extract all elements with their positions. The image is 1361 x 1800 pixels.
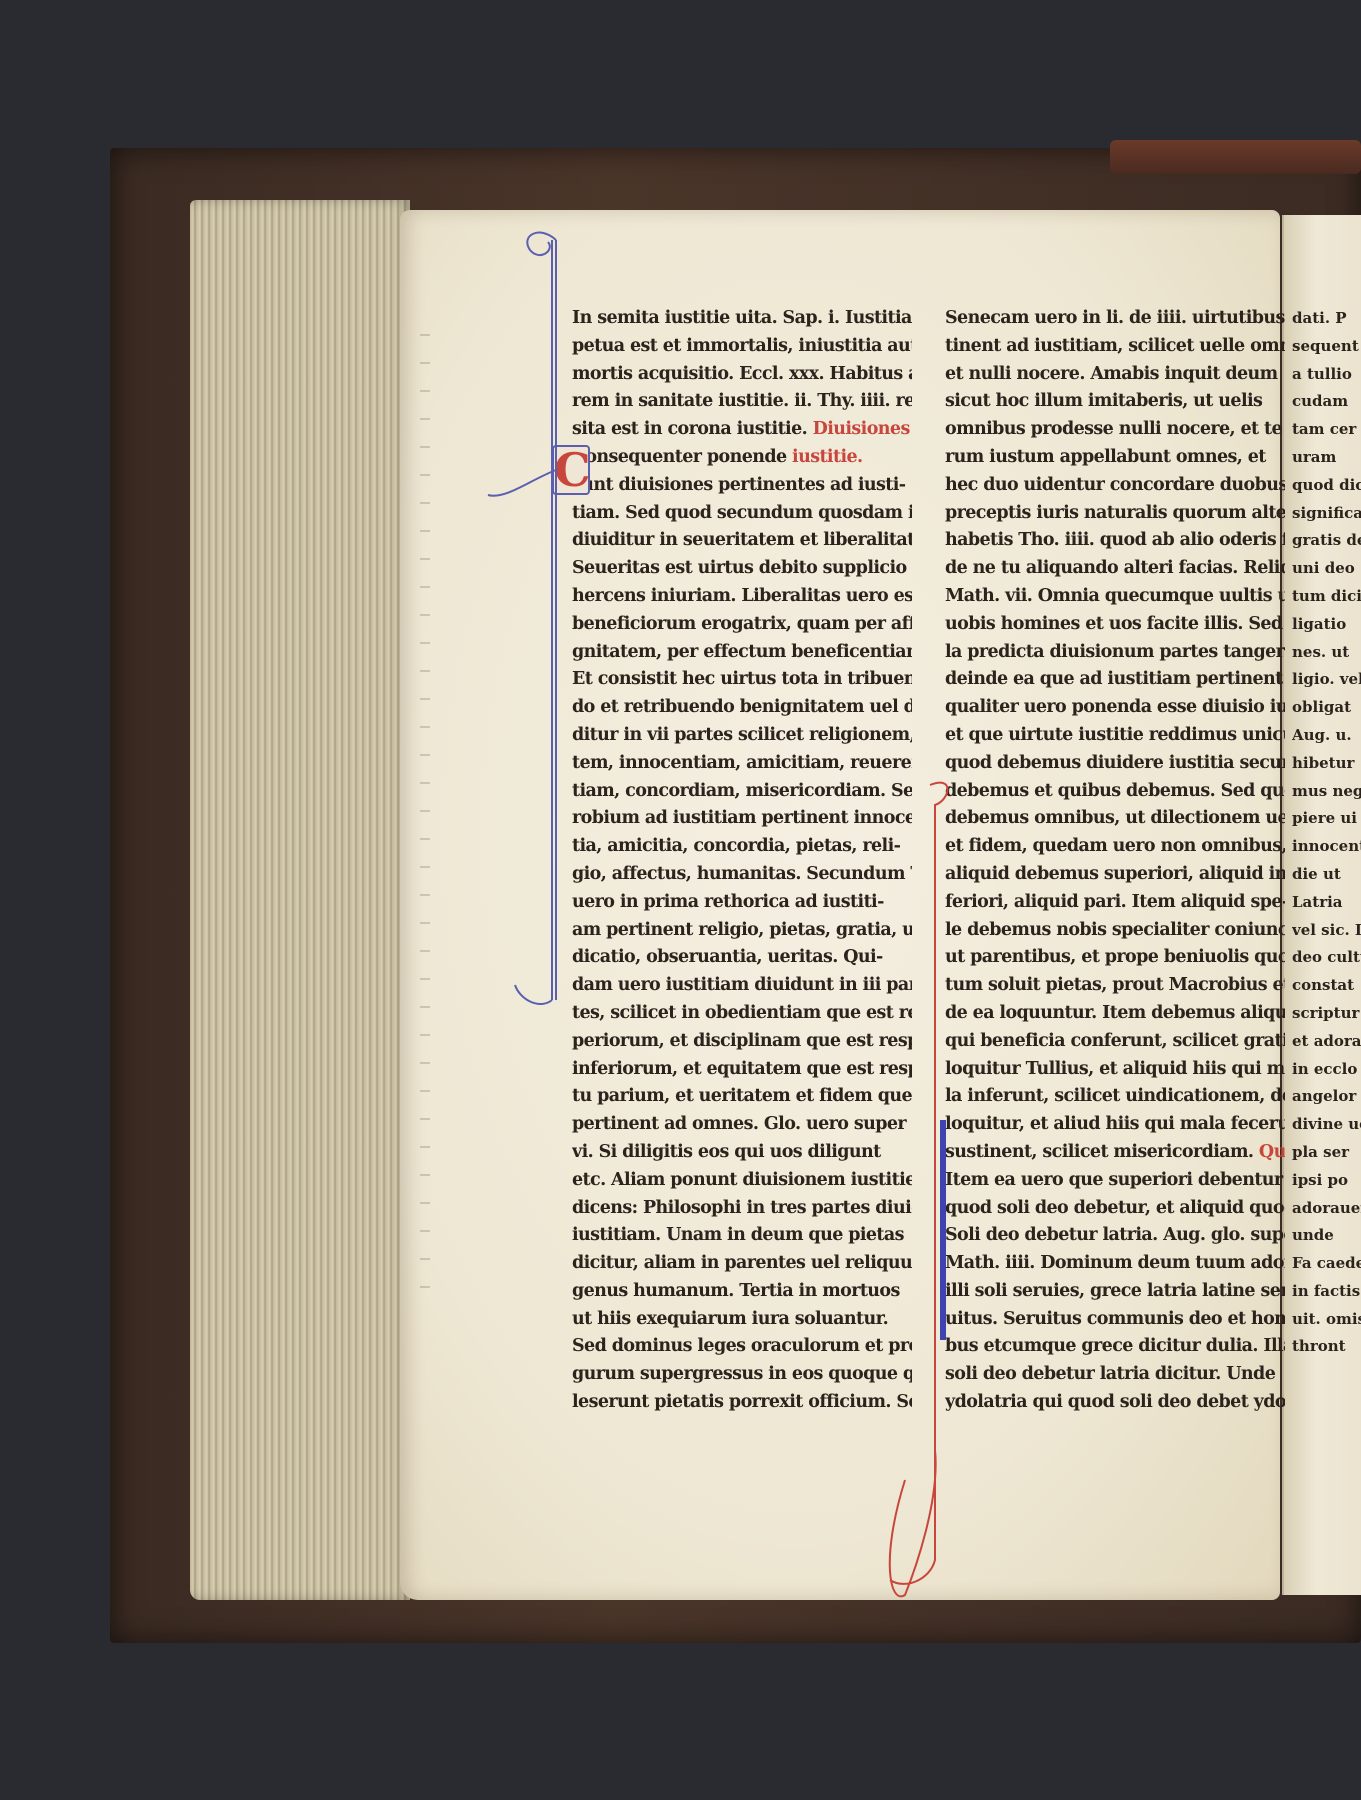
text-line: sustinent, scilicet misericordiam. Quant… [945,1139,1285,1167]
text-line: thront [1292,1333,1361,1361]
text-line: debemus omnibus, ut dilectionem ueritate… [945,805,1285,833]
text-line: robium ad iustitiam pertinent innocen- [572,805,912,833]
text-line: gratis de [1292,527,1361,555]
rubric-heading: iustitie. [787,447,863,467]
text-line: vel sic. La [1292,917,1361,945]
text-line: et que uirtute iustitie reddimus unicuiq… [945,722,1285,750]
text-line: iustitiam. Unam in deum que pietas [572,1222,912,1250]
text-line: feriori, aliquid pari. Item aliquid spe- [945,889,1285,917]
text-line: am pertinent religio, pietas, gratia, ui… [572,917,912,945]
text-line: adorauerit [1292,1195,1361,1223]
text-line: leserunt pietatis porrexit officium. Sed [572,1389,912,1417]
text-column-right: Senecam uero in li. de iiii. uirtutibus … [945,305,1285,1417]
text-line: preceptis iuris naturalis quorum alterum [945,500,1285,528]
text-line: quod soli deo debetur, et aliquid quod u… [945,1195,1285,1223]
text-line: deo cultur [1292,944,1361,972]
next-page-text-fragments: dati. Psequenta tulliocudamtam ceruramqu… [1292,305,1361,1361]
text-line: ditur in vii partes scilicet religionem,… [572,722,912,750]
text-line: tes, scilicet in obedientiam que est res… [572,1000,912,1028]
text-line: constat [1292,972,1361,1000]
text-line: significat [1292,500,1361,528]
text-line: omnibus prodesse nulli nocere, et te ui- [945,416,1285,444]
text-line: deinde ea que ad iustitiam pertinent [945,666,1285,694]
text-line: gio, affectus, humanitas. Secundum Tulli… [572,861,912,889]
text-line: ut hiis exequiarum iura soluantur. [572,1306,912,1334]
text-line: Math. iiii. Dominum deum tuum adorabis e… [945,1250,1285,1278]
text-line: ipsi po [1292,1167,1361,1195]
text-line: die ut [1292,861,1361,889]
text-line: periorum, et disciplinam que est respect… [572,1028,912,1056]
text-line: Aug. u. [1292,722,1361,750]
text-line: gnitatem, per effectum beneficentiam uoc… [572,639,912,667]
text-line: uero in prima rethorica ad iustiti- [572,889,912,917]
text-line: uni deo [1292,555,1361,583]
text-line: sunt diuisiones pertinentes ad iusti- [572,472,912,500]
text-line: de ea loquuntur. Item debemus aliquid hi… [945,1000,1285,1028]
text-line: In semita iustitie uita. Sap. i. Iustiti… [572,305,912,333]
text-line: tiam. Sed quod secundum quosdam iustitia [572,500,912,528]
text-line: soli deo debetur latria dicitur. Unde [945,1361,1285,1389]
text-line: loquitur, et aliud hiis qui mala fecerun… [945,1111,1285,1139]
text-line: tem, innocentiam, amicitiam, reueren- [572,750,912,778]
text-line: quod dicit [1292,472,1361,500]
text-line: Et consistit hec uirtus tota in tribuen- [572,666,912,694]
rubric-heading: Diuisiones [807,419,910,439]
binding-strap [1110,140,1361,174]
text-line: mortis acquisitio. Eccl. xxx. Habitus au… [572,361,912,389]
text-line: qui beneficia conferunt, scilicet gratia… [945,1028,1285,1056]
text-line: Item ea uero que superiori debentur aliq… [945,1167,1285,1195]
text-line: do et retribuendo benignitatem uel diui- [572,694,912,722]
text-line: Seueritas est uirtus debito supplicio co… [572,555,912,583]
text-line: ydolatria qui quod soli deo debet ydoles [945,1389,1285,1417]
text-line: etc. Aliam ponunt diuisionem iustitie [572,1167,912,1195]
text-line: obligat [1292,694,1361,722]
text-line: debemus et quibus debemus. Sed quod qued… [945,778,1285,806]
text-line: ligio. vel [1292,666,1361,694]
text-line: tinent ad iustitiam, scilicet uelle omni… [945,333,1285,361]
text-line: illi soli seruies, grece latria latine s… [945,1278,1285,1306]
text-line: vi. Si diligitis eos qui uos diligunt [572,1139,912,1167]
text-line: Fa caedem [1292,1250,1361,1278]
text-line: tiam, concordiam, misericordiam. Secundu… [572,778,912,806]
text-column-left: In semita iustitie uita. Sap. i. Iustiti… [572,305,912,1417]
text-line: unde [1292,1222,1361,1250]
text-line: scriptur [1292,1000,1361,1028]
text-line: loquitur Tullius, et aliquid hiis qui ma… [945,1056,1285,1084]
text-line: piere ui [1292,805,1361,833]
text-line: a tullio [1292,361,1361,389]
text-line: in ecclo [1292,1056,1361,1084]
text-line: mus neg [1292,778,1361,806]
text-line: uit. omis [1292,1306,1361,1334]
text-line: Math. vii. Omnia quecumque uultis ut fac… [945,583,1285,611]
text-line: la predicta diuisionum partes tangerentu… [945,639,1285,667]
text-line: tia, amicitia, concordia, pietas, reli- [572,833,912,861]
text-line: sicut hoc illum imitaberis, ut uelis [945,388,1285,416]
text-line: Soli deo debetur latria. Aug. glo. super… [945,1222,1285,1250]
text-line: quod debemus diuidere iustitia secundum … [945,750,1285,778]
text-line: dam uero iustitiam diuidunt in iii par- [572,972,912,1000]
text-line: inferiorum, et equitatem que est respec- [572,1056,912,1084]
text-line: tum dicit [1292,583,1361,611]
text-line: in factis [1292,1278,1361,1306]
text-line: genus humanum. Tertia in mortuos [572,1278,912,1306]
text-line: ligatio [1292,611,1361,639]
text-line: et adorat [1292,1028,1361,1056]
text-line: angelor [1292,1083,1361,1111]
text-line: bus etcumque grece dicitur dulia. Illa u… [945,1333,1285,1361]
text-line: Latria [1292,889,1361,917]
text-line: de ne tu aliquando alteri facias. Reliqu… [945,555,1285,583]
text-line: dicens: Philosophi in tres partes diuidu… [572,1195,912,1223]
text-line: dati. P [1292,305,1361,333]
text-line: et fidem, quedam uero non omnibus, et ta… [945,833,1285,861]
text-line: uobis homines et uos facite illis. Sed q… [945,611,1285,639]
text-line: innocent [1292,833,1361,861]
text-line: sita est in corona iustitie. Diuisiones [572,416,912,444]
text-line: hercens iniuriam. Liberalitas uero est u… [572,583,912,611]
text-line: pertinent ad omnes. Glo. uero super illu… [572,1111,912,1139]
text-line: Consequenter ponende iustitie. [572,444,912,472]
text-line: beneficiorum erogatrix, quam per affectu… [572,611,912,639]
text-line: et nulli nocere. Amabis inquit deum [945,361,1285,389]
text-line: aliquid debemus superiori, aliquid in- [945,861,1285,889]
text-line: tu parium, et ueritatem et fidem que [572,1083,912,1111]
text-line: rum iustum appellabunt omnes, et [945,444,1285,472]
text-line: sequent [1292,333,1361,361]
text-line: petua est et immortalis, iniustitia aute… [572,333,912,361]
text-line: nes. ut [1292,639,1361,667]
text-line: Senecam uero in li. de iiii. uirtutibus … [945,305,1285,333]
text-line: uitus. Seruitus communis deo et homini- [945,1306,1285,1334]
text-line: divine uel [1292,1111,1361,1139]
text-line: habetis Tho. iiii. quod ab alio oderis f… [945,527,1285,555]
page-edges-stack [190,200,410,1600]
text-line: rem in sanitate iustitie. ii. Thy. iiii.… [572,388,912,416]
text-line: diuiditur in seueritatem et liberalitate… [572,527,912,555]
text-line: dicatio, obseruantia, ueritas. Qui- [572,944,912,972]
text-line: dicitur, aliam in parentes uel reliquum [572,1250,912,1278]
text-line: qualiter uero ponenda esse diuisio iusti… [945,694,1285,722]
text-line: uram [1292,444,1361,472]
text-line: tam cer [1292,416,1361,444]
text-line: Sed dominus leges oraculorum et prophete… [572,1333,912,1361]
text-line: gurum supergressus in eos quoque qui [572,1361,912,1389]
text-line: tum soluit pietas, prout Macrobius et Tu… [945,972,1285,1000]
rubric-heading: Quanta pars de latria [1253,1142,1285,1162]
text-line: la inferunt, scilicet uindicationem, de … [945,1083,1285,1111]
decorated-initial: C [552,445,590,495]
text-line: ut parentibus, et prope beniuolis quod d… [945,944,1285,972]
pricking-marks [420,310,430,1310]
text-line: le debemus nobis specialiter coniunctis [945,917,1285,945]
text-line: hibetur [1292,750,1361,778]
text-line: cudam [1292,388,1361,416]
text-line: pla ser [1292,1139,1361,1167]
text-line: hec duo uidentur concordare duobus [945,472,1285,500]
